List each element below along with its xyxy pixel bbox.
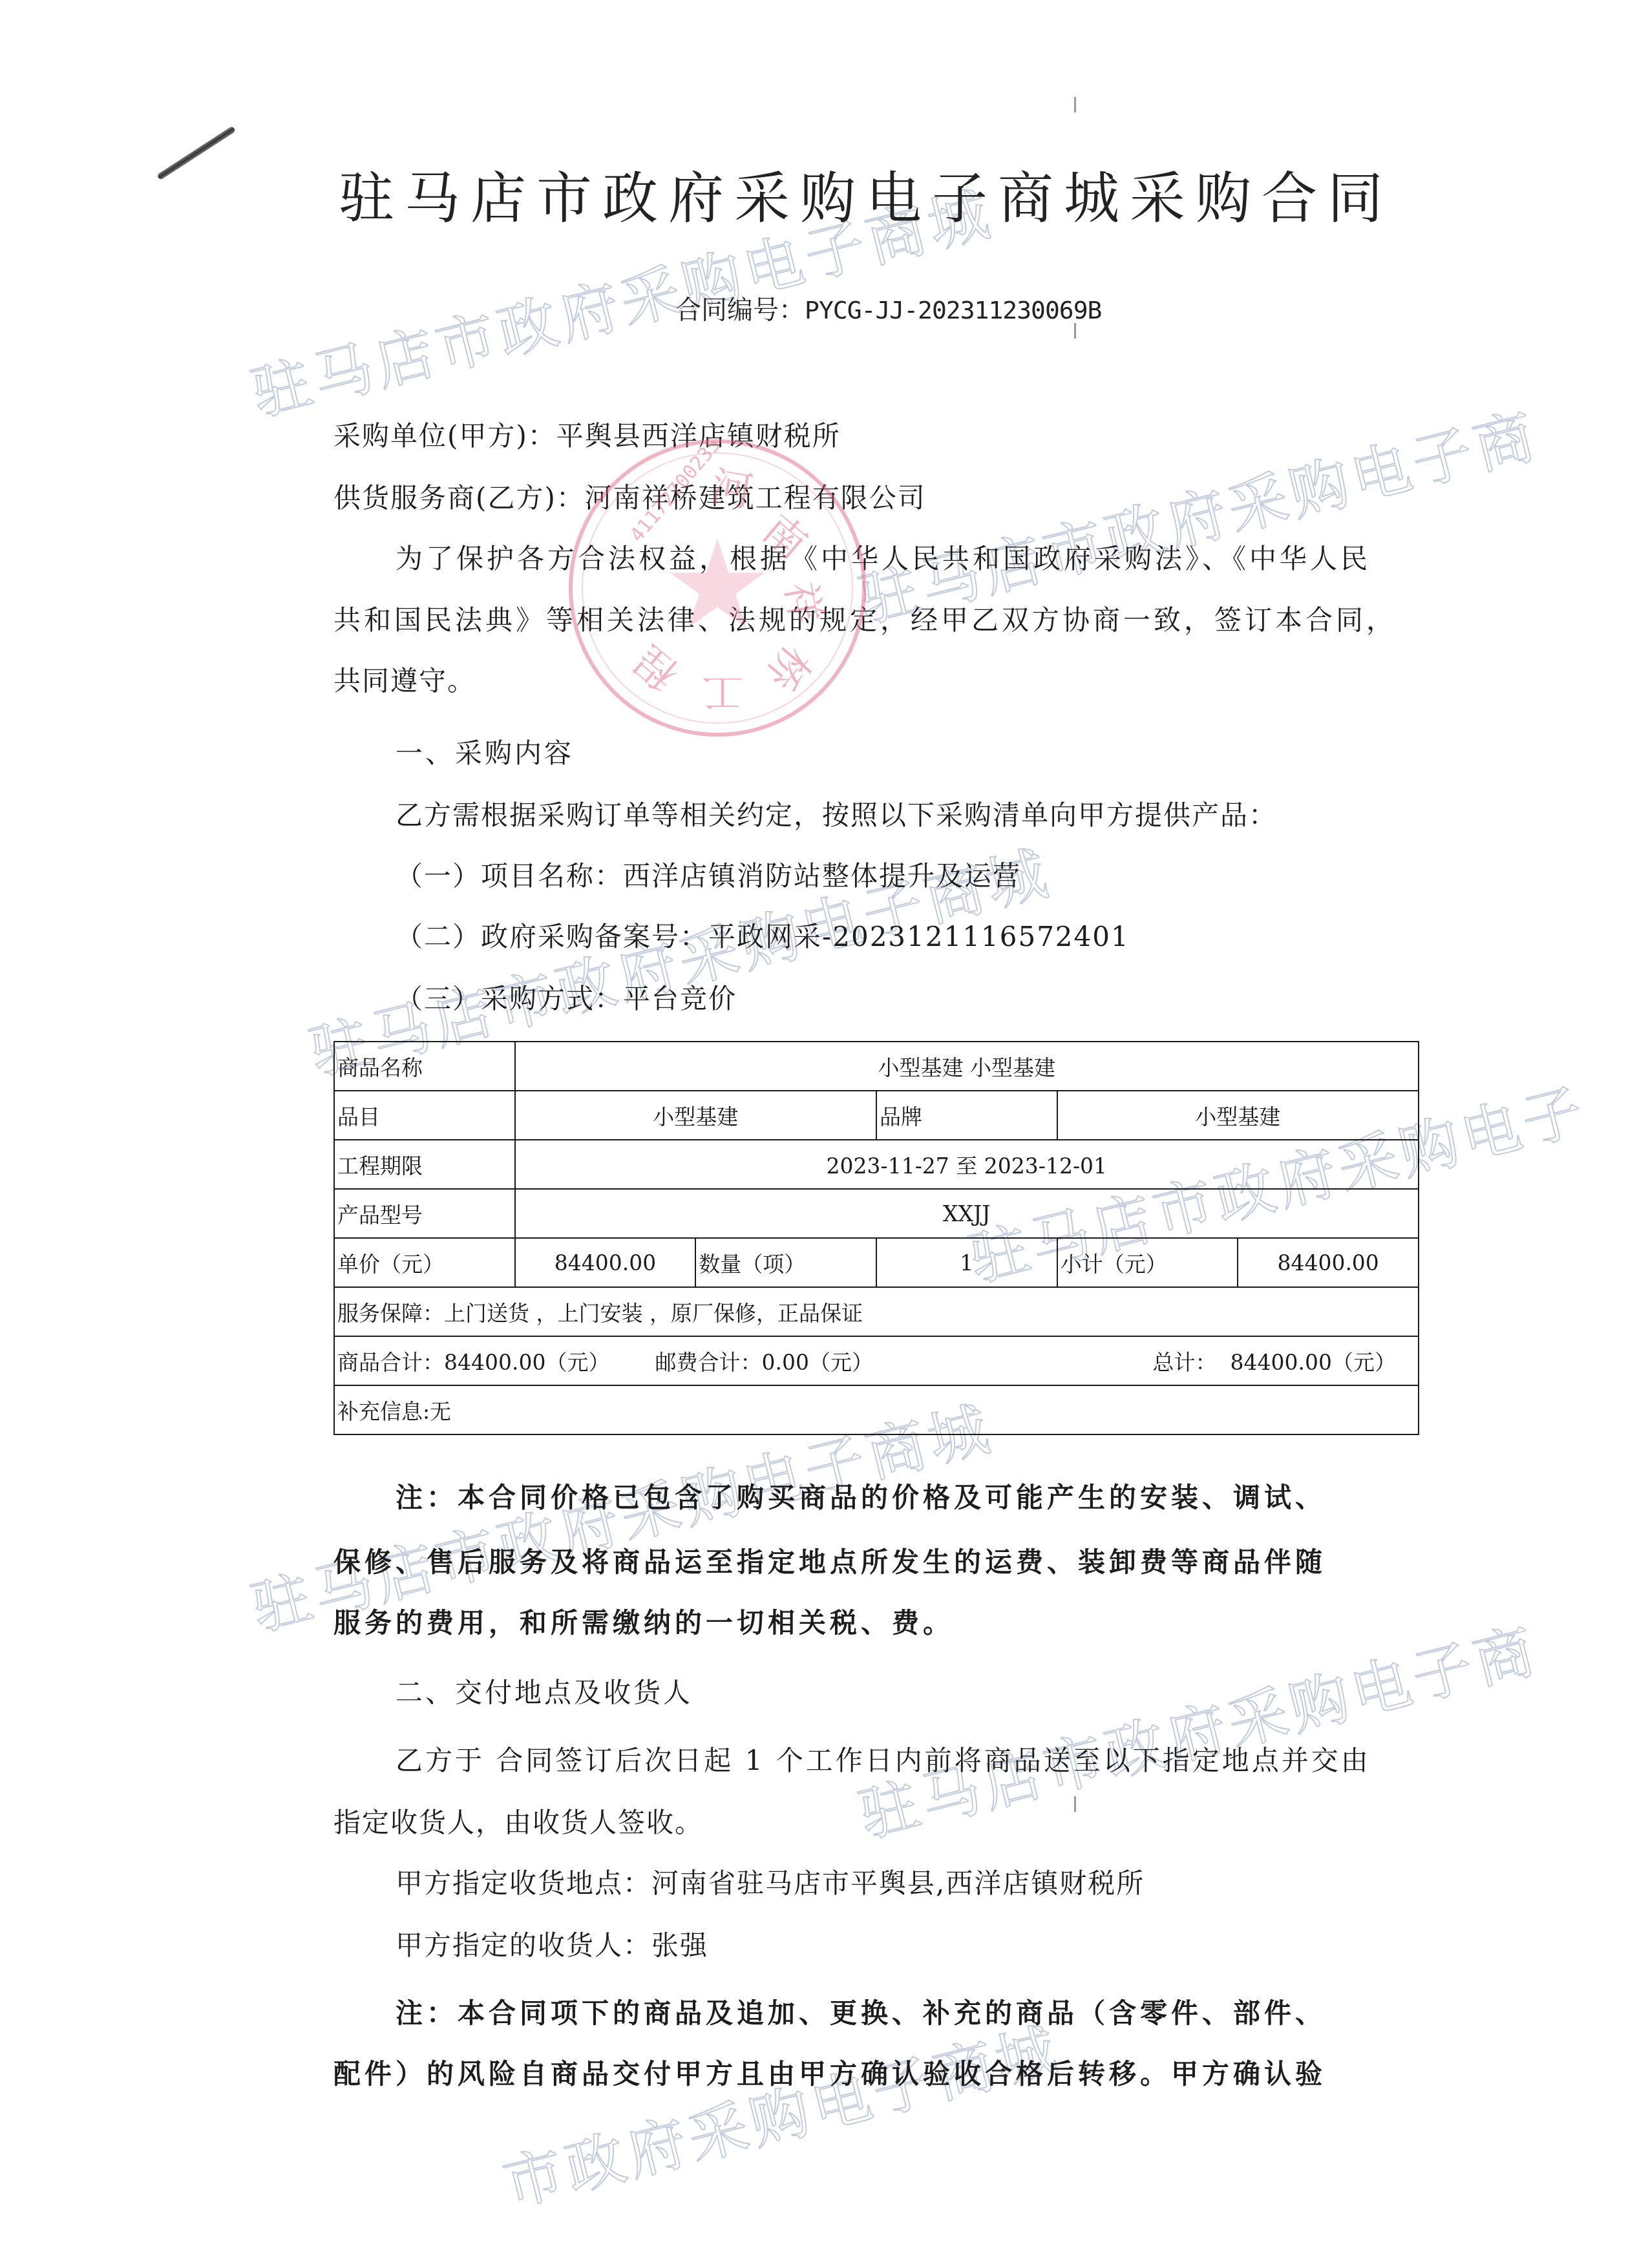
contract-number-label: 合同编号： — [675, 295, 805, 325]
seal-text: 工 — [702, 666, 743, 726]
table-row: 服务保障：上门送货 ，上门安装 ，原厂保修，正品保证 — [334, 1287, 1419, 1336]
brand-label: 品牌 — [876, 1091, 1057, 1140]
service-guarantee: 服务保障：上门送货 ，上门安装 ，原厂保修，正品保证 — [334, 1287, 1419, 1336]
goods-table: 商品名称 小型基建 小型基建 品目 小型基建 品牌 小型基建 工程期限 2023… — [333, 1041, 1419, 1435]
company-seal: ★ 河 南 祥 桥 工 程 41172700235 — [569, 439, 866, 737]
goods-total: 商品合计：84400.00（元） — [337, 1350, 609, 1375]
extra-info: 补充信息:无 — [334, 1385, 1419, 1434]
watermark: 驻马店市政府采购电子商 — [849, 1603, 1546, 1854]
supplier-label: 供货服务商(乙方)： — [333, 482, 585, 514]
receiver-line: 甲方指定的收货人：张强 — [396, 1924, 708, 1963]
delivery-address-line: 甲方指定收货地点：河南省驻马店市平舆县,西洋店镇财税所 — [396, 1862, 1145, 1901]
model-label: 产品型号 — [334, 1189, 515, 1238]
delivery-text-2: 指定收货人，由收货人签收。 — [333, 1801, 703, 1840]
note-2-line-2: 配件）的风险自商品交付甲方且由甲方确认验收合格后转移。甲方确认验 — [333, 2053, 1326, 2092]
buyer-label: 采购单位(甲方)： — [333, 420, 556, 452]
table-row: 商品名称 小型基建 小型基建 — [334, 1042, 1419, 1091]
note-1-line-2: 保修、售后服务及将商品运至指定地点所发生的运费、装卸费等商品伴随 — [333, 1541, 1326, 1580]
receiver-label: 甲方指定的收货人： — [396, 1929, 651, 1961]
category-value: 小型基建 — [515, 1091, 876, 1140]
section-1-heading: 一、采购内容 — [396, 732, 574, 771]
subtotal-value: 84400.00 — [1238, 1238, 1419, 1287]
procurement-method: （三）采购方式：平台竞价 — [396, 978, 737, 1016]
note-1-line-3: 服务的费用，和所需缴纳的一切相关税、费。 — [333, 1602, 954, 1641]
quantity-label: 数量（项） — [695, 1238, 876, 1287]
grand-total: 总计： 84400.00（元） — [1153, 1346, 1396, 1376]
brand-value: 小型基建 — [1057, 1091, 1419, 1140]
section-2-heading: 二、交付地点及收货人 — [396, 1672, 693, 1710]
period-label: 工程期限 — [334, 1140, 515, 1189]
delivery-text-1: 乙方于 合同签订后次日起 1 个工作日内前将商品送至以下指定地点并交由 — [396, 1739, 1371, 1778]
preamble-line-3: 共同遵守。 — [333, 660, 476, 698]
model-value: XXJJ — [515, 1189, 1419, 1238]
preamble-line-1: 为了保护各方合法权益，根据《中华人民共和国政府采购法》、《中华人民 — [396, 538, 1371, 576]
subtotal-label: 小计（元） — [1057, 1238, 1238, 1287]
delivery-address-label: 甲方指定收货地点： — [396, 1867, 651, 1899]
section-1-intro: 乙方需根据采购订单等相关约定，按照以下采购清单向甲方提供产品： — [396, 794, 1277, 833]
table-row: 单价（元） 84400.00 数量（项） 1 小计（元） 84400.00 — [334, 1238, 1419, 1287]
quantity-value: 1 — [876, 1238, 1057, 1287]
table-row: 产品型号 XXJJ — [334, 1189, 1419, 1238]
note-2-line-1: 注：本合同项下的商品及追加、更换、补充的商品（含零件、部件、 — [396, 1992, 1326, 2031]
document-title: 驻马店市政府采购电子商城采购合同 — [0, 154, 1648, 234]
contract-number-value: PYCG-JJ-202311230069B — [805, 296, 1101, 324]
record-number: （二）政府采购备案号：平政网采-2023121116572401 — [396, 916, 1130, 954]
project-name: （一）项目名称：西洋店镇消防站整体提升及运营 — [396, 855, 1021, 894]
product-name-label: 商品名称 — [334, 1042, 515, 1091]
table-row: 补充信息:无 — [334, 1385, 1419, 1434]
contract-number: 合同编号：PYCG-JJ-202311230069B — [675, 289, 1101, 326]
watermark: 市政府采购电子商城 — [494, 2002, 1068, 2223]
table-row: 品目 小型基建 品牌 小型基建 — [334, 1091, 1419, 1140]
totals-cell: 商品合计：84400.00（元）邮费合计：0.00（元） 总计： 84400.0… — [334, 1336, 1419, 1385]
note-1-line-1: 注：本合同价格已包含了购买商品的价格及可能产生的安装、调试、 — [396, 1476, 1326, 1515]
period-value: 2023-11-27 至 2023-12-01 — [515, 1140, 1419, 1189]
category-label: 品目 — [334, 1091, 515, 1140]
unit-price-label: 单价（元） — [334, 1238, 515, 1287]
table-row: 商品合计：84400.00（元）邮费合计：0.00（元） 总计： 84400.0… — [334, 1336, 1419, 1385]
unit-price-value: 84400.00 — [515, 1238, 696, 1287]
star-icon: ★ — [662, 514, 772, 656]
product-name-value: 小型基建 小型基建 — [515, 1042, 1419, 1091]
delivery-address: 河南省驻马店市平舆县,西洋店镇财税所 — [651, 1867, 1145, 1899]
postage-total: 邮费合计：0.00（元） — [655, 1350, 872, 1375]
scan-artifact — [1074, 97, 1076, 112]
table-row: 工程期限 2023-11-27 至 2023-12-01 — [334, 1140, 1419, 1189]
receiver-name: 张强 — [651, 1929, 708, 1961]
